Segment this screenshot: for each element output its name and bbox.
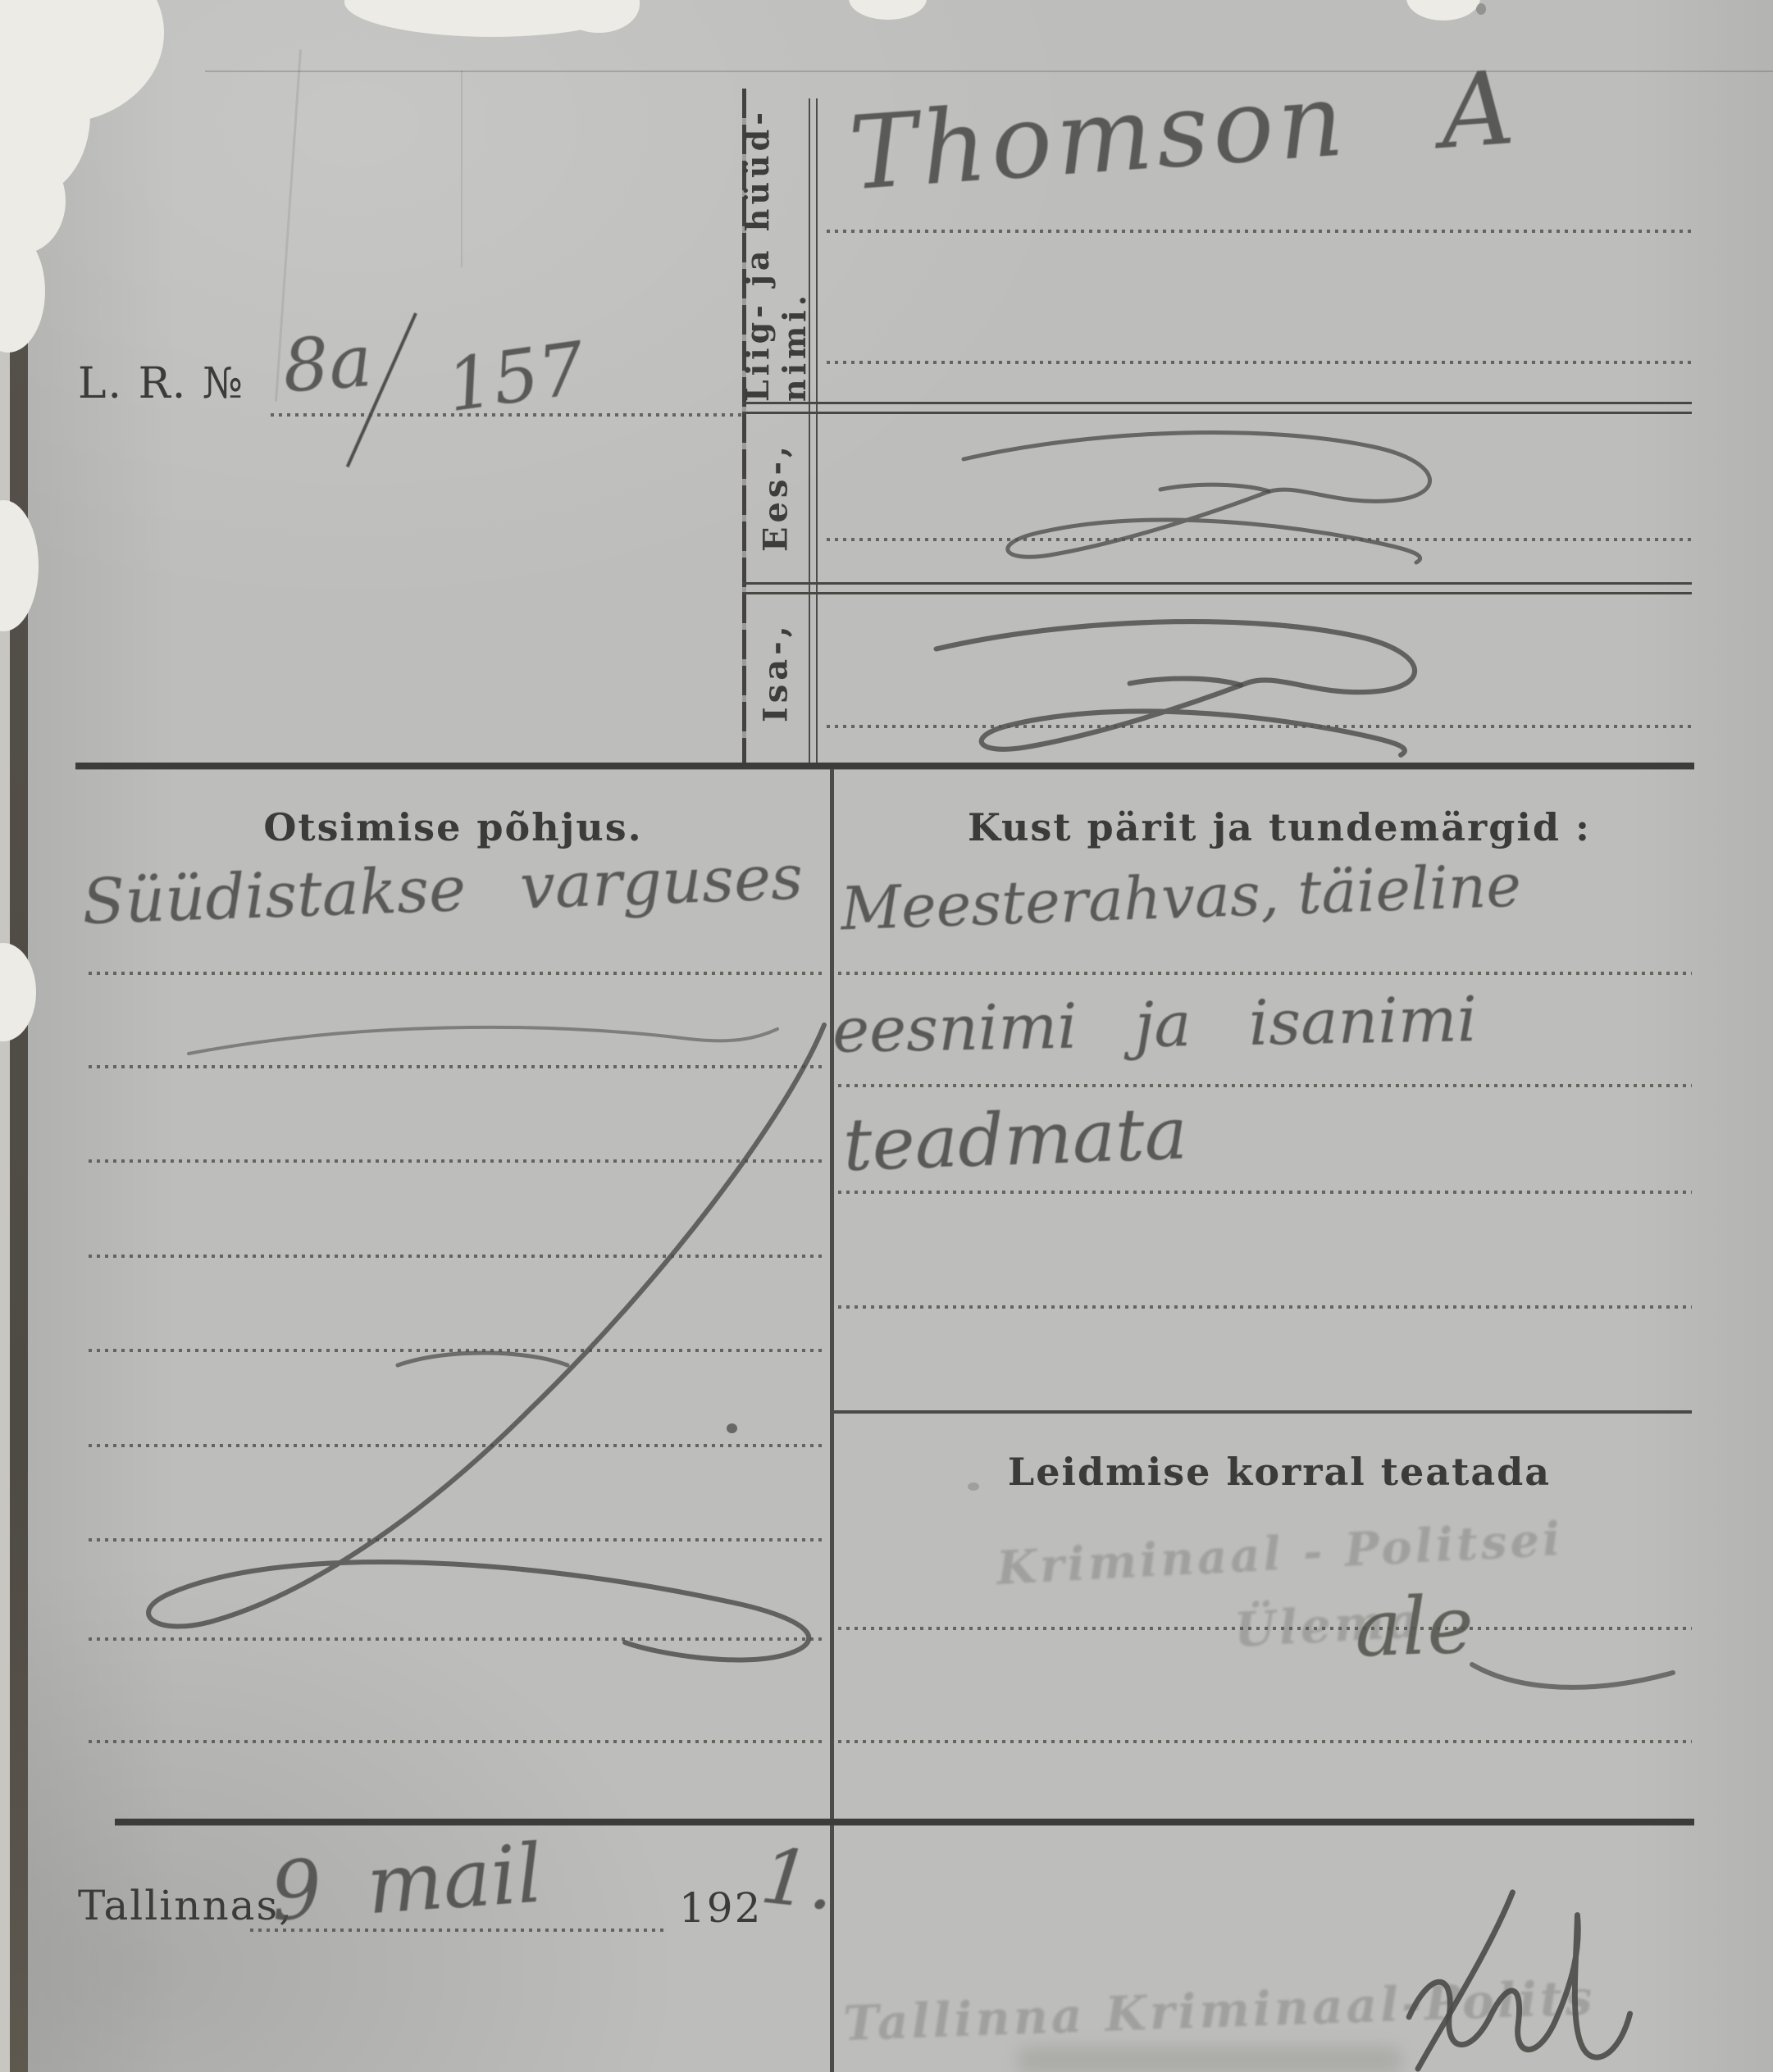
dotted-line	[838, 1305, 1692, 1309]
paper-tear	[1406, 0, 1480, 20]
description-line-1: Meesterahvas, täieline	[840, 851, 1522, 944]
notify-header: Leidmise korral teatada	[836, 1450, 1722, 1494]
paper-tear	[0, 943, 36, 1041]
reason-entry: Süüdistakse varguses	[81, 840, 804, 939]
registry-number-part1: 8a	[280, 318, 375, 408]
row-separator	[742, 402, 1692, 414]
dotted-line	[838, 1191, 1692, 1194]
dotted-line	[827, 538, 1692, 541]
row-separator	[742, 582, 1692, 594]
dotted-line	[827, 725, 1692, 728]
crossed-out-mark	[914, 414, 1538, 570]
dotted-line	[838, 1084, 1692, 1087]
signature	[1267, 1886, 1693, 2072]
section-rule-top	[75, 763, 1694, 769]
section-rule-bottom	[115, 1819, 1694, 1825]
dotted-line	[827, 361, 1692, 364]
paper-tear	[849, 0, 927, 20]
registry-label: L. R. №	[78, 359, 244, 408]
scanned-wanted-card: L. R. № 8a 157 Liig- ja hüüd-nimi. Ees-,…	[0, 0, 1773, 2072]
dotted-line	[838, 1740, 1692, 1743]
description-line-2: eesnimi ja isanimi	[832, 982, 1477, 1067]
description-line-3: teadmata	[841, 1091, 1188, 1188]
row-label-isa: Isa-,	[745, 592, 807, 753]
ink-speck	[1476, 3, 1486, 15]
paper-tear	[0, 500, 39, 631]
large-strike-mark	[82, 988, 845, 1693]
name-value: Thomson A	[845, 49, 1522, 214]
stamp-text-line-1: Kriminaal - Politsei	[996, 1512, 1565, 1596]
date-handwritten: 9 mail	[267, 1828, 545, 1940]
dotted-line	[89, 972, 823, 975]
handwritten-suffix-tail	[1468, 1648, 1681, 1697]
crossed-out-mark	[886, 603, 1525, 763]
crease-line-top	[205, 71, 1773, 72]
row-label-ees: Ees-,	[745, 414, 807, 580]
dotted-line	[89, 1740, 823, 1743]
row-label-liig-ja-huud-nimi: Liig- ja hüüd-nimi.	[745, 97, 807, 402]
dotted-line	[838, 1627, 1692, 1630]
dotted-line	[827, 230, 1692, 233]
dotted-line	[838, 972, 1692, 975]
description-header: Kust pärit ja tundemärgid :	[836, 805, 1722, 849]
place-label: Tallinnas,	[78, 1882, 294, 1929]
sub-section-rule	[834, 1410, 1692, 1414]
crease-vertical-2	[461, 71, 463, 267]
year-handwritten: 1.	[757, 1832, 840, 1929]
year-printed: 192	[679, 1884, 762, 1932]
